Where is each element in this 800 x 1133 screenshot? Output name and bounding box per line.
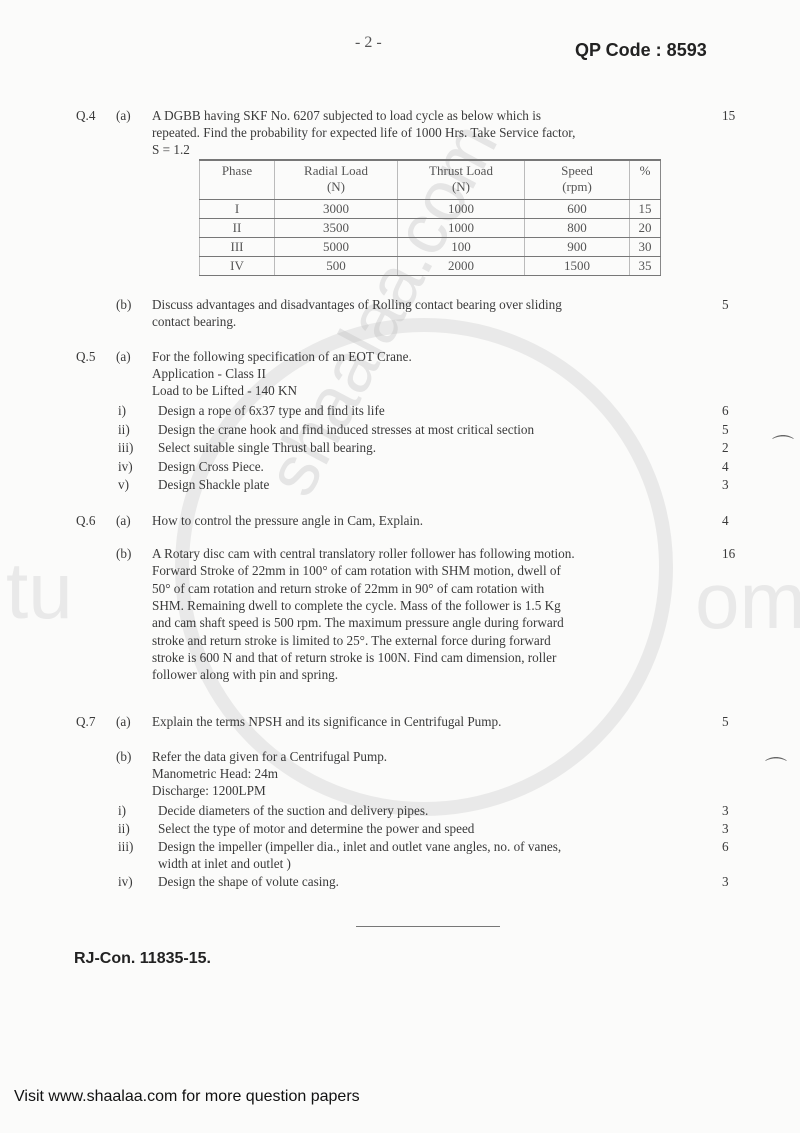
subpart-label: i): [118, 802, 126, 819]
subpart-text: Design Cross Piece.: [158, 458, 264, 475]
subpart-text: Design Shackle plate: [158, 476, 269, 493]
marks: 5: [722, 713, 742, 730]
question-text: follower along with pin and spring.: [152, 666, 338, 683]
table-cell: 35: [630, 257, 661, 276]
table-cell: 2000: [398, 257, 525, 276]
part-label: (a): [116, 107, 131, 124]
table-cell: 500: [275, 257, 398, 276]
col-header: Speed(rpm): [525, 160, 630, 200]
question-text: Application - Class II: [152, 365, 266, 382]
table-cell: 1000: [398, 200, 525, 219]
subpart-text: Design the crane hook and find induced s…: [158, 421, 534, 438]
watermark-right-fragment: om: [695, 555, 800, 647]
col-header: Phase: [200, 160, 275, 200]
marks: 3: [722, 873, 742, 890]
subpart-label: ii): [118, 820, 130, 837]
part-label: (a): [116, 713, 131, 730]
question-text: stroke is 600 N and that of return strok…: [152, 649, 556, 666]
part-label: (a): [116, 348, 131, 365]
table-cell: IV: [200, 257, 275, 276]
qp-code: QP Code : 8593: [575, 40, 707, 61]
part-label: (a): [116, 512, 131, 529]
part-label: (b): [116, 748, 131, 765]
table-cell: 1000: [398, 219, 525, 238]
table-header-row: Phase Radial Load(N) Thrust Load(N) Spee…: [200, 160, 661, 200]
table-row: III500010090030: [200, 238, 661, 257]
subpart-label: iii): [118, 838, 133, 855]
marks: 6: [722, 838, 742, 855]
divider: [356, 926, 500, 927]
marks: 4: [722, 458, 742, 475]
marks: 2: [722, 439, 742, 456]
page-number: - 2 -: [355, 34, 382, 52]
subpart-text: Design the impeller (impeller dia., inle…: [158, 838, 561, 855]
question-text: A DGBB having SKF No. 6207 subjected to …: [152, 107, 541, 124]
col-header: Radial Load(N): [275, 160, 398, 200]
table-cell: I: [200, 200, 275, 219]
promo-link-text[interactable]: Visit www.shaalaa.com for more question …: [14, 1088, 360, 1106]
marks: 16: [722, 545, 742, 562]
question-text: Manometric Head: 24m: [152, 765, 278, 782]
table-cell: 30: [630, 238, 661, 257]
question-text: Explain the terms NPSH and its significa…: [152, 713, 501, 730]
table-row: I3000100060015: [200, 200, 661, 219]
table-cell: 5000: [275, 238, 398, 257]
scan-mark: ⌒: [765, 752, 787, 783]
table-cell: 3500: [275, 219, 398, 238]
marks: 5: [722, 421, 742, 438]
table-row: II3500100080020: [200, 219, 661, 238]
marks: 3: [722, 476, 742, 493]
table-cell: 20: [630, 219, 661, 238]
question-text: Load to be Lifted - 140 KN: [152, 382, 297, 399]
question-text: Refer the data given for a Centrifugal P…: [152, 748, 387, 765]
load-cycle-table: Phase Radial Load(N) Thrust Load(N) Spee…: [199, 159, 661, 276]
question-text: stroke and return stroke is limited to 2…: [152, 632, 551, 649]
table-cell: II: [200, 219, 275, 238]
subpart-text: Design a rope of 6x37 type and find its …: [158, 402, 385, 419]
table-cell: III: [200, 238, 275, 257]
table-cell: 15: [630, 200, 661, 219]
question-text: S = 1.2: [152, 141, 190, 158]
subpart-text: Decide diameters of the suction and deli…: [158, 802, 428, 819]
question-text: For the following specification of an EO…: [152, 348, 412, 365]
part-label: (b): [116, 545, 131, 562]
question-number: Q.5: [76, 348, 95, 365]
question-text: Forward Stroke of 22mm in 100° of cam ro…: [152, 562, 561, 579]
watermark-left-fragment: tu: [6, 545, 73, 637]
table-cell: 1500: [525, 257, 630, 276]
subpart-text: Select the type of motor and determine t…: [158, 820, 474, 837]
question-text: 50° of cam rotation and return stroke of…: [152, 580, 544, 597]
question-number: Q.6: [76, 512, 95, 529]
table-cell: 900: [525, 238, 630, 257]
question-number: Q.7: [76, 713, 95, 730]
marks: 4: [722, 512, 742, 529]
marks: 3: [722, 820, 742, 837]
subpart-text: Select suitable single Thrust ball beari…: [158, 439, 376, 456]
marks: 3: [722, 802, 742, 819]
question-text: repeated. Find the probability for expec…: [152, 124, 575, 141]
table-cell: 3000: [275, 200, 398, 219]
subpart-label: iv): [118, 873, 133, 890]
question-text: Discuss advantages and disadvantages of …: [152, 296, 562, 313]
question-text: A Rotary disc cam with central translato…: [152, 545, 575, 562]
question-text: SHM. Remaining dwell to complete the cyc…: [152, 597, 561, 614]
table-cell: 100: [398, 238, 525, 257]
subpart-label: iv): [118, 458, 133, 475]
subpart-text: Design the shape of volute casing.: [158, 873, 339, 890]
subpart-label: v): [118, 476, 129, 493]
col-header: Thrust Load(N): [398, 160, 525, 200]
scan-mark: ⌒: [772, 430, 794, 461]
question-number: Q.4: [76, 107, 95, 124]
paper-reference: RJ-Con. 11835-15.: [74, 950, 211, 968]
subpart-text: width at inlet and outlet ): [158, 855, 291, 872]
table-cell: 600: [525, 200, 630, 219]
question-text: Discharge: 1200LPM: [152, 782, 266, 799]
table-cell: 800: [525, 219, 630, 238]
col-header: %: [630, 160, 661, 200]
subpart-label: ii): [118, 421, 130, 438]
marks: 5: [722, 296, 742, 313]
question-text: and cam shaft speed is 500 rpm. The maxi…: [152, 614, 564, 631]
marks: 15: [722, 107, 742, 124]
subpart-label: iii): [118, 439, 133, 456]
question-text: How to control the pressure angle in Cam…: [152, 512, 423, 529]
question-text: contact bearing.: [152, 313, 236, 330]
table-row: IV5002000150035: [200, 257, 661, 276]
part-label: (b): [116, 296, 131, 313]
subpart-label: i): [118, 402, 126, 419]
marks: 6: [722, 402, 742, 419]
